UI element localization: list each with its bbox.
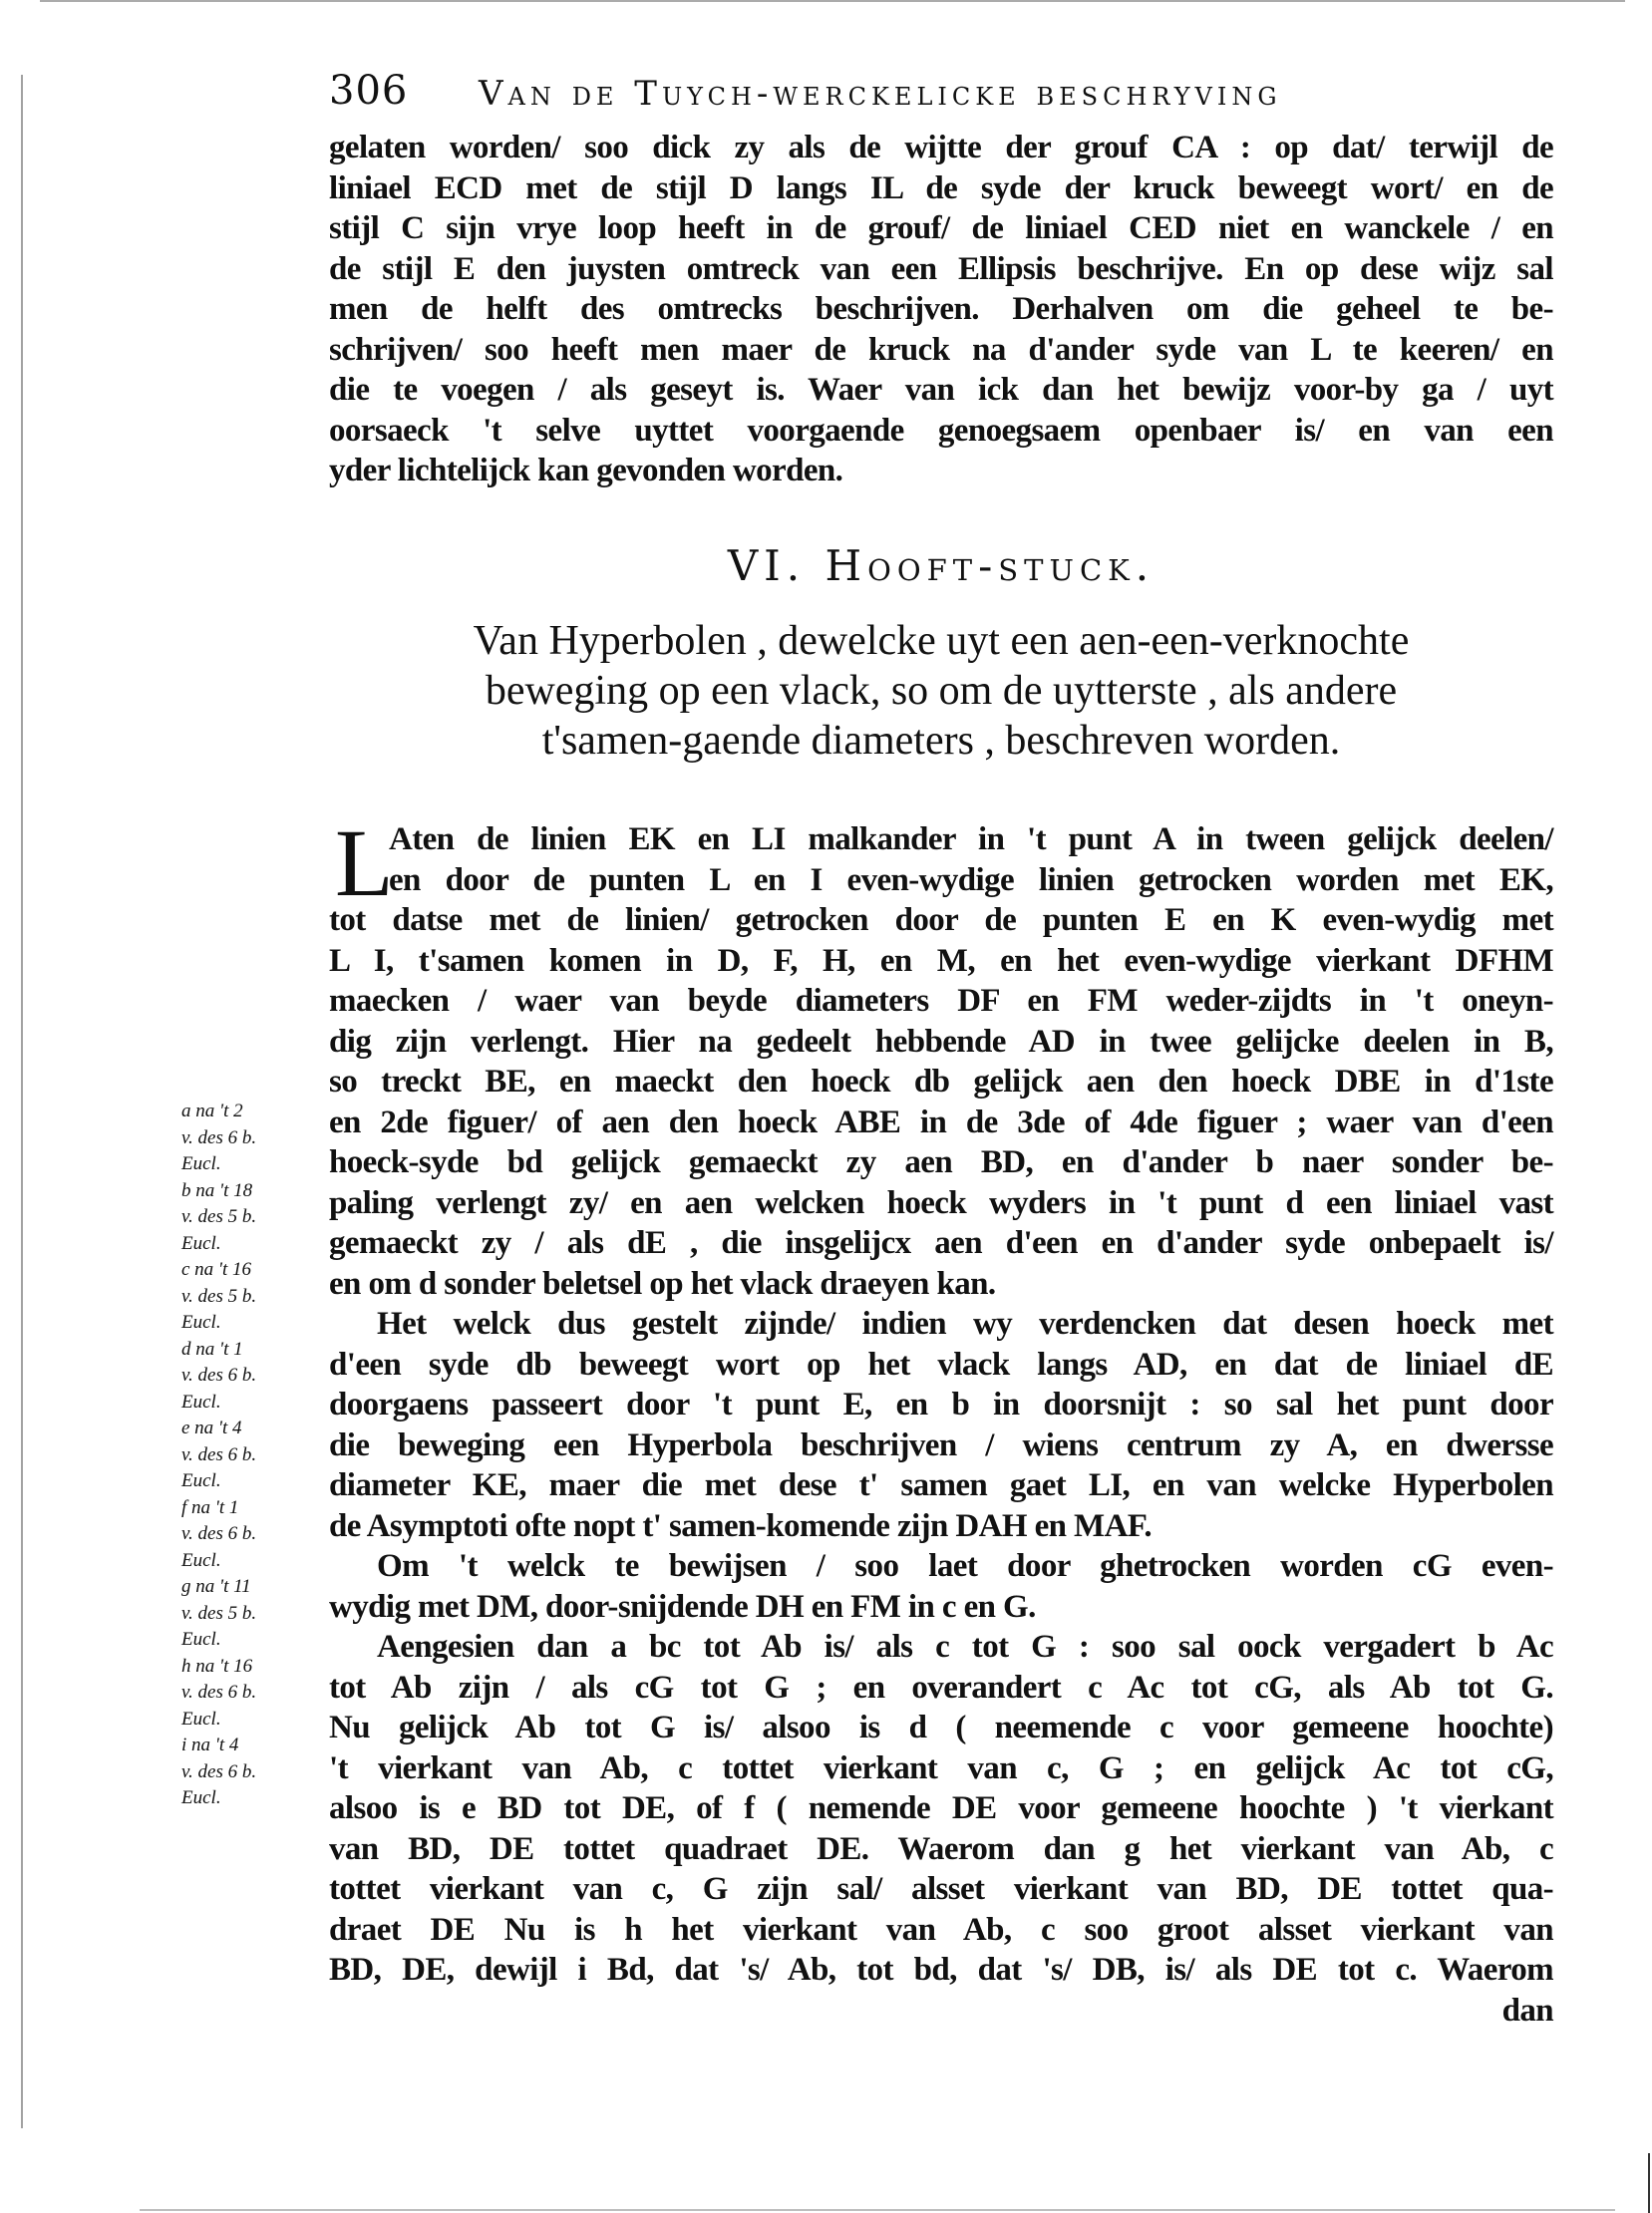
text-line: en 2de figuer/ of aen den hoeck ABE in d… <box>329 1103 1553 1143</box>
text-line: de stijl E den juysten omtreck van een E… <box>329 249 1553 290</box>
text-line: stijl C sijn vrye loop heeft in de grouf… <box>329 208 1553 249</box>
margin-note-line: v. des 6 b. <box>181 1521 331 1548</box>
margin-note-line: v. des 6 b. <box>181 1125 331 1152</box>
margin-note-line: e na 't 4 <box>181 1416 331 1442</box>
subtitle-line: t'samen-gaende diameters , beschreven wo… <box>329 716 1553 766</box>
text-line: schrijven/ soo heeft men maer de kruck n… <box>329 330 1553 371</box>
margin-note-line: v. des 6 b. <box>181 1680 331 1707</box>
margin-note-line: Eucl. <box>181 1468 331 1495</box>
margin-note: e na 't 4 v. des 6 b. Eucl. <box>181 1416 331 1495</box>
text-line: en door de punten L en I even-wydige lin… <box>329 860 1553 901</box>
margin-note: a na 't 2 v. des 6 b. Eucl. <box>181 1099 331 1178</box>
margin-note-line: i na 't 4 <box>181 1733 331 1759</box>
margin-note-line: d na 't 1 <box>181 1337 331 1364</box>
margin-note-line: Eucl. <box>181 1627 331 1654</box>
text-line: gemaeckt zy / als dE , die insgelijcx ae… <box>329 1223 1553 1264</box>
margin-note-line: b na 't 18 <box>181 1178 331 1205</box>
margin-note-line: Eucl. <box>181 1785 331 1812</box>
text-line: BD, DE, dewijl i Bd, dat 's/ Ab, tot bd,… <box>329 1950 1553 1991</box>
page-number: 306 <box>329 68 408 114</box>
margin-note-line: Eucl. <box>181 1151 331 1178</box>
text-line: so treckt BE, en maeckt den hoeck db gel… <box>329 1062 1553 1103</box>
margin-note-line: v. des 5 b. <box>181 1204 331 1231</box>
text-line: hoeck-syde bd gelijck gemaeckt zy aen BD… <box>329 1142 1553 1183</box>
running-head: Van de Tuych-werckelicke beschryving <box>479 74 1282 114</box>
text-line: van BD, DE tottet quadraet DE. Waerom da… <box>329 1829 1553 1870</box>
text-line: wydig met DM, door-snijdende DH en FM in… <box>329 1587 1553 1628</box>
text-line: draet DE Nu is h het vierkant van Ab, c … <box>329 1910 1553 1951</box>
margin-note: i na 't 4 v. des 6 b. Eucl. <box>181 1733 331 1812</box>
text-line: oorsaeck 't selve uyttet voorgaende geno… <box>329 411 1553 452</box>
text-line: paling verlengt zy/ en aen welcken hoeck… <box>329 1183 1553 1224</box>
text-line: Aengesien dan a bc tot Ab is/ als c tot … <box>329 1627 1553 1668</box>
margin-note-line: g na 't 11 <box>181 1574 331 1601</box>
text-line: tot datse met de linien/ getrocken door … <box>329 900 1553 941</box>
margin-note: d na 't 1 v. des 6 b. Eucl. <box>181 1337 331 1417</box>
text-line: tottet vierkant van c, G zijn sal/ alsse… <box>329 1869 1553 1910</box>
text-line: 't vierkant van Ab, c tottet vierkant va… <box>329 1748 1553 1789</box>
text-line: die te voegen / als geseyt is. Waer van … <box>329 370 1553 411</box>
margin-note: g na 't 11 v. des 5 b. Eucl. <box>181 1574 331 1654</box>
continuation-paragraph: gelaten worden/ soo dick zy als de wijtt… <box>329 128 1553 491</box>
margin-note-line: Eucl. <box>181 1548 331 1575</box>
subtitle-line: Van Hyperbolen , dewelcke uyt een aen-ee… <box>329 616 1553 666</box>
margin-note-line: v. des 6 b. <box>181 1759 331 1786</box>
text-line: d'een syde db beweegt wort op het vlack … <box>329 1345 1553 1386</box>
body-text: Aten de linien EK en LI malkander in 't … <box>329 819 1553 2031</box>
scan-edge-right <box>1648 2153 1650 2213</box>
margin-note-line: v. des 6 b. <box>181 1363 331 1390</box>
text-line: de Asymptoti ofte nopt t' samen-komende … <box>329 1506 1553 1547</box>
margin-note-line: Eucl. <box>181 1707 331 1734</box>
text-line: L I, t'samen komen in D, F, H, en M, en … <box>329 941 1553 982</box>
text-line: men de helft des omtrecks beschrijven. D… <box>329 289 1553 330</box>
text-line: yder lichtelijck kan gevonden worden. <box>329 451 1553 491</box>
text-line: die beweging een Hyperbola beschrijven /… <box>329 1425 1553 1466</box>
text-line: gelaten worden/ soo dick zy als de wijtt… <box>329 128 1553 168</box>
text-line: alsoo is e BD tot DE, of f ( nemende DE … <box>329 1788 1553 1829</box>
margin-note: c na 't 16 v. des 5 b. Eucl. <box>181 1257 331 1337</box>
chapter-subtitle: Van Hyperbolen , dewelcke uyt een aen-ee… <box>329 616 1553 766</box>
margin-note-line: Eucl. <box>181 1390 331 1417</box>
scan-edge-left <box>21 75 23 2128</box>
chapter-heading: VI. Hooft-stuck. <box>329 541 1553 590</box>
text-line: Om 't welck te bewijsen / soo laet door … <box>329 1546 1553 1587</box>
margin-note-line: v. des 5 b. <box>181 1284 331 1311</box>
text-line: doorgaens passeert door 't punt E, en b … <box>329 1385 1553 1425</box>
text-line: en om d sonder beletsel op het vlack dra… <box>329 1264 1553 1305</box>
margin-note-line: h na 't 16 <box>181 1654 331 1681</box>
page-header: 306 Van de Tuych-werckelicke beschryving <box>329 68 1555 118</box>
margin-note-line: v. des 6 b. <box>181 1442 331 1469</box>
text-line: liniael ECD met de stijl D langs IL de s… <box>329 168 1553 209</box>
catchword: dan <box>329 1991 1553 2032</box>
text-line: Aten de linien EK en LI malkander in 't … <box>329 819 1553 860</box>
margin-note: f na 't 1 v. des 6 b. Eucl. <box>181 1495 331 1575</box>
text-line: dig zijn verlengt. Hier na gedeelt hebbe… <box>329 1022 1553 1063</box>
text-line: Nu gelijck Ab tot G is/ alsoo is d ( nee… <box>329 1708 1553 1748</box>
subtitle-line: beweging op een vlack, so om de uytterst… <box>329 666 1553 716</box>
margin-note: b na 't 18 v. des 5 b. Eucl. <box>181 1178 331 1258</box>
margin-note: h na 't 16 v. des 6 b. Eucl. <box>181 1654 331 1734</box>
text-line: diameter KE, maer die met dese t' samen … <box>329 1465 1553 1506</box>
text-line: tot Ab zijn / als cG tot G ; en overande… <box>329 1668 1553 1709</box>
scan-edge-bottom <box>140 2209 1615 2211</box>
text-line: Het welck dus gestelt zijnde/ indien wy … <box>329 1304 1553 1345</box>
margin-note-line: f na 't 1 <box>181 1495 331 1522</box>
margin-note-line: c na 't 16 <box>181 1257 331 1284</box>
margin-note-line: v. des 5 b. <box>181 1601 331 1628</box>
text-line: maecken / waer van beyde diameters DF en… <box>329 981 1553 1022</box>
margin-note-line: a na 't 2 <box>181 1099 331 1125</box>
margin-note-line: Eucl. <box>181 1231 331 1258</box>
margin-notes: a na 't 2 v. des 6 b. Eucl. b na 't 18 v… <box>181 1099 331 1812</box>
scan-edge-top <box>40 0 1625 2</box>
margin-note-line: Eucl. <box>181 1310 331 1337</box>
